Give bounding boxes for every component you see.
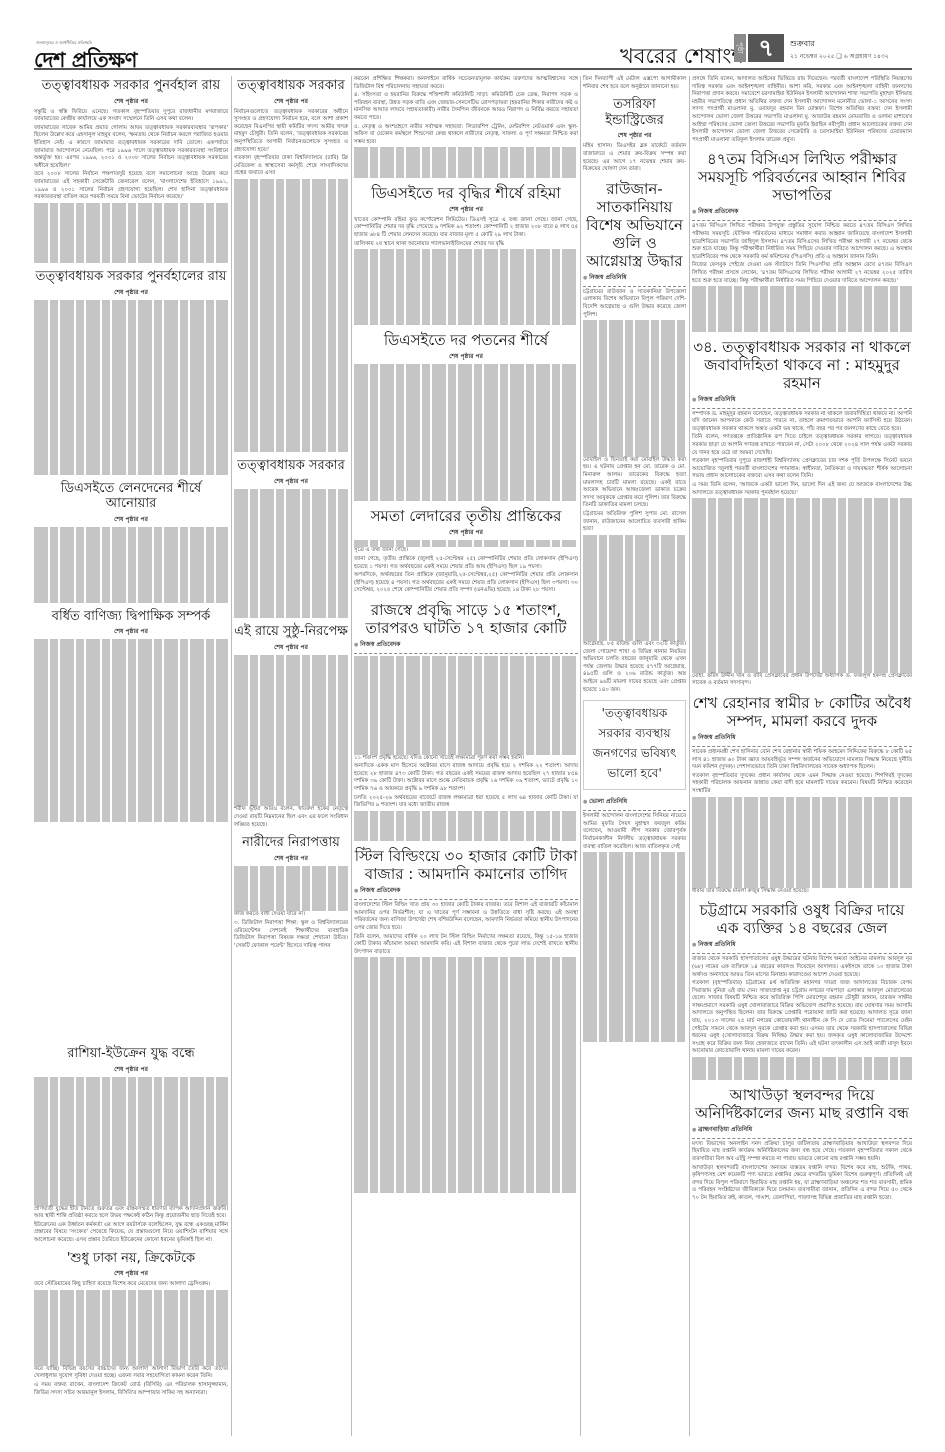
article-mahmudur-rahman[interactable]: ৩৪. তত্ত্বাবধায়ক সরকার না থাকলে জবাবদিহ… — [692, 338, 912, 688]
article-body: বাজার থেকে সরকারি হাসপাতালের ওষুধ উদ্ধার… — [692, 956, 912, 1080]
continued-label: শেষ পৃষ্ঠার পর — [34, 514, 228, 525]
headline: তত্ত্বাবধায়ক সরকার পুনর্বহালের রায় — [34, 269, 228, 285]
article-body: ইসলামী আন্দোলন বাংলাদেশের সিনিয়র নায়েব… — [583, 813, 686, 1042]
column-1-bottom: রাশিয়া-ইউক্রেন যুদ্ধ বন্ধে শেষ পৃষ্ঠার … — [34, 1044, 228, 1403]
continued-label: শেষ পৃষ্ঠার পর — [34, 626, 228, 637]
article-fair-verdict[interactable]: এই রায়ে সুষ্ঠু-নিরপেক্ষ শেষ পৃষ্ঠার পর … — [234, 624, 348, 829]
column-1: তত্ত্বাবধায়ক সরকার পুনর্বহাল রায় শেষ প… — [34, 76, 228, 828]
article-body — [354, 364, 578, 501]
article-caretaker-2[interactable]: তত্ত্বাবধায়ক সরকার শেষ পৃষ্ঠার পর — [234, 458, 348, 618]
article-body: ৪৭তম বিসিএস লিখিত পরীক্ষার উপযুক্ত প্রস্… — [692, 223, 912, 331]
article-samata-leather[interactable]: সমতা লেদারের তৃতীয় প্রান্তিকের শেষ পৃষ্… — [354, 507, 578, 595]
masthead: জনমানুষের ও আর্থনীতির প্রতিচ্ছবি দেশ প্র… — [0, 0, 945, 72]
article-caretaker-future[interactable]: 'তত্ত্বাবধায়ক সরকার ব্যবস্থায় জনগণের ভ… — [583, 700, 686, 1042]
byline: নিজস্ব প্রতিবেদক — [692, 206, 912, 221]
continued-label: শেষ পৃষ্ঠার পর — [234, 642, 348, 653]
column-divider — [580, 76, 581, 1436]
headline: রাশিয়া-ইউক্রেন যুদ্ধ বন্ধে — [34, 1046, 228, 1062]
article-caretaker-bnp[interactable]: তত্ত্বাবধায়ক সরকার শেষ পৃষ্ঠার পর নির্ব… — [234, 78, 348, 452]
article-tasrifa[interactable]: তসরিফা ইন্ডাস্ট্রিজের শেষ পৃষ্ঠার পর মহি… — [583, 97, 686, 174]
continued-label: শেষ পৃষ্ঠার পর — [354, 527, 578, 538]
headline: রাউজান-সাতকানিয়ায় বিশেষ অভিযানে গুলি ও… — [583, 180, 686, 270]
byline: ভোলা প্রতিনিধি — [583, 796, 686, 811]
article-body: শরীফ ভূঁইয়া আরও বলেন, খায়রুল হকের নেতৃ… — [234, 655, 348, 830]
headline: তসরিফা ইন্ডাস্ট্রিজের — [583, 97, 686, 128]
article-women-safety-cont[interactable]: করবেন প্রশিক্ষিত শিক্ষকরা। অনলাইনে বার্ষ… — [354, 76, 578, 178]
article-body: প্রসঙ্গে তিনি বলেন, আদালত আইনের ভিত্তিতে… — [692, 76, 912, 144]
article-russia-ukraine[interactable]: রাশিয়া-ইউক্রেন যুদ্ধ বন্ধে শেষ পৃষ্ঠার … — [34, 1046, 228, 1245]
article-body: নির্বাচনগুলোতে তত্ত্বাবধায়ক সরকারের অধী… — [234, 109, 348, 453]
headline: তত্ত্বাবধায়ক সরকার — [234, 458, 348, 474]
byline: নিজস্ব প্রতিনিধি — [583, 272, 686, 287]
masthead-rule — [34, 68, 912, 70]
headline: তত্ত্বাবধায়ক সরকার — [234, 78, 348, 94]
byline: নিজস্ব প্রতিনিধি — [692, 939, 912, 954]
byline: নিজস্ব প্রতিবেদক — [354, 639, 578, 654]
headline: সমতা লেদারের তৃতীয় প্রান্তিকের — [354, 507, 578, 525]
continued-label: শেষ পৃষ্ঠার পর — [354, 351, 578, 362]
continued-label: শেষ পৃষ্ঠার পর — [234, 476, 348, 487]
article-metal-expo[interactable]: তিন দিনব্যাপী এই মেটাল এক্সপো আগামীকাল শ… — [583, 76, 686, 91]
byline: নিজস্ব প্রতিনিধি — [692, 394, 912, 409]
page-label: পৃষ্ঠা — [734, 34, 746, 62]
headline: বর্ধিত বাণিজ্য দ্বিপাক্ষিক সম্পর্ক — [34, 609, 228, 625]
column-divider — [689, 76, 690, 1436]
article-body: খাতের কোম্পানি রহিমা ফুড কর্পোরেশন লিমিট… — [354, 217, 578, 325]
column-5: প্রসঙ্গে তিনি বলেন, আদালত আইনের ভিত্তিতে… — [692, 76, 912, 1209]
article-body — [34, 527, 228, 603]
article-caretaker-verdict[interactable]: তত্ত্বাবধায়ক সরকার পুনর্বহাল রায় শেষ প… — [34, 78, 228, 263]
article-dse-transaction-anwar[interactable]: ডিএসইতে লেনদেনের শীর্ষে আনোয়ার শেষ পৃষ্… — [34, 481, 228, 603]
article-ctg-medicine-jail[interactable]: চট্টগ্রামে সরকারি ওষুধ বিক্রির দায়ে এক … — [692, 901, 912, 1080]
headline: চট্টগ্রামে সরকারি ওষুধ বিক্রির দায়ে এক … — [692, 901, 912, 937]
article-bilateral-trade[interactable]: বর্ধিত বাণিজ্য দ্বিপাক্ষিক সম্পর্ক শেষ প… — [34, 609, 228, 822]
column-divider — [351, 76, 352, 1436]
headline: স্টিল বিল্ডিংয়ে ৩০ হাজার কোটি টাকা বাজা… — [354, 847, 578, 883]
continued-label: শেষ পৃষ্ঠার পর — [34, 1268, 228, 1279]
article-cricket[interactable]: 'শুধু ঢাকা নয়, ক্রিকেটকে শেষ পৃষ্ঠার পর… — [34, 1251, 228, 1398]
byline: নিজস্ব প্রতিনিধি — [692, 732, 912, 747]
article-islami-andolon-bhola[interactable]: প্রসঙ্গে তিনি বলেন, আদালত আইনের ভিত্তিতে… — [692, 76, 912, 144]
article-bcs-exam[interactable]: ৪৭তম বিসিএস লিখিত পরীক্ষার সময়সূচি পরিব… — [692, 150, 912, 331]
article-akhaura-fish-export[interactable]: আখাউড়া স্থলবন্দর দিয়ে অনির্দিষ্টকালের … — [692, 1086, 912, 1203]
headline: ডিএসইতে লেনদেনের শীর্ষে আনোয়ার — [34, 481, 228, 512]
column-3: করবেন প্রশিক্ষিত শিক্ষকরা। অনলাইনে বার্ষ… — [354, 76, 578, 1199]
article-steel-building[interactable]: স্টিল বিল্ডিংয়ে ৩০ হাজার কোটি টাকা বাজা… — [354, 847, 578, 1193]
headline: রাজস্বে প্রবৃদ্ধি সাড়ে ১৫ শতাংশ, তারপরও… — [354, 601, 578, 637]
article-revenue-growth[interactable]: রাজস্বে প্রবৃদ্ধি সাড়ে ১৫ শতাংশ, তারপরও… — [354, 601, 578, 841]
article-body: প্রাণঘাতী যুদ্ধের ইতি টানতে গুরুতর এবং ব… — [34, 1077, 228, 1245]
column-4: তিন দিনব্যাপী এই মেটাল এক্সপো আগামীকাল শ… — [583, 76, 686, 1048]
headline: ডিএসইতে দর বৃদ্ধির শীর্ষে রহিমা — [354, 184, 578, 202]
byline: ব্রাহ্মণবাড়িয়া প্রতিনিধি — [692, 1124, 912, 1139]
continued-label: শেষ পৃষ্ঠার পর — [34, 287, 228, 298]
headline: ৪৭তম বিসিএস লিখিত পরীক্ষার সময়সূচি পরিব… — [692, 150, 912, 204]
article-body: সাবেক প্রধানমন্ত্রী শেখ হাসিনার বোন শেখ … — [692, 749, 912, 895]
article-body: সূত্রে এ তথ্য জানা গেছে। জানা গেছে, তৃতী… — [354, 540, 578, 595]
article-body — [34, 639, 228, 821]
article-body — [34, 300, 228, 475]
article-raozan-raid[interactable]: রাউজান-সাতকানিয়ায় বিশেষ অভিযানে গুলি ও… — [583, 180, 686, 694]
article-body: চট্টগ্রামের রাউজান ও সাতকানিয়া উপজেলা এ… — [583, 289, 686, 694]
continued-label: শেষ পৃষ্ঠার পর — [234, 853, 348, 864]
byline: নিজস্ব প্রতিবেদক — [354, 885, 578, 900]
date-day: শুক্রবার — [790, 38, 815, 51]
article-body: তিন দিনব্যাপী এই মেটাল এক্সপো আগামীকাল শ… — [583, 76, 686, 91]
headline: তত্ত্বাবধায়ক সরকার পুনর্বহাল রায় — [34, 78, 228, 94]
article-women-safety[interactable]: নারীদের নিরাপত্তায় শেষ পৃষ্ঠার পর কাজ ক… — [234, 835, 348, 950]
date-full: ২১ নভেম্বর ২০২৫ ❑ ৬ অগ্রহায়ণ ১৪৩২ — [790, 51, 889, 62]
article-body: করবেন প্রশিক্ষিত শিক্ষকরা। অনলাইনে বার্ষ… — [354, 76, 578, 178]
article-caretaker-restore[interactable]: তত্ত্বাবধায়ক সরকার পুনর্বহালের রায় শেষ… — [34, 269, 228, 474]
headline: ডিএসইতে দর পতনের শীর্ষে — [354, 331, 578, 349]
article-body: কাজ করতে বাধা দেওয়া যাবে না। ৩. ডিজিটাল… — [234, 866, 348, 951]
continued-label: শেষ পৃষ্ঠার পর — [34, 1064, 228, 1075]
page-number: ৭ — [748, 34, 784, 62]
article-body: মৎস্য বিভাগের অনলাইন সনদ প্রক্রিয়া চালু… — [692, 1141, 912, 1203]
column-divider — [231, 76, 232, 1436]
headline: আখাউড়া স্থলবন্দর দিয়ে অনির্দিষ্টকালের … — [692, 1086, 912, 1122]
headline: ৩৪. তত্ত্বাবধায়ক সরকার না থাকলে জবাবদিহ… — [692, 338, 912, 392]
headline: এই রায়ে সুষ্ঠু-নিরপেক্ষ — [234, 624, 348, 640]
headline: নারীদের নিরাপত্তায় — [234, 835, 348, 851]
headline: 'শুধু ঢাকা নয়, ক্রিকেটকে — [34, 1251, 228, 1267]
newspaper-logo[interactable]: দেশ প্রতিক্ষণ — [34, 44, 137, 79]
headline: 'তত্ত্বাবধায়ক সরকার ব্যবস্থায় জনগণের ভ… — [583, 700, 686, 790]
continued-label: শেষ পৃষ্ঠার পর — [234, 96, 348, 107]
headline: শেখ রেহানার স্বামীর ৮ কোটির অবৈধ সম্পদ, … — [692, 694, 912, 730]
article-body — [234, 489, 348, 618]
article-body: ১১ শতাংশ প্রবৃদ্ধি হয়েছে। যদিও কোনো খাত… — [354, 656, 578, 841]
article-body: বাংলাদেশের স্টিল বিল্ডিং খাত প্রায় ৩০ হ… — [354, 902, 578, 1193]
article-dse-rahima[interactable]: ডিএসইতে দর বৃদ্ধির শীর্ষে রহিমা শেষ পৃষ্… — [354, 184, 578, 325]
article-sheikh-rehana[interactable]: শেখ রেহানার স্বামীর ৮ কোটির অবৈধ সম্পদ, … — [692, 694, 912, 895]
continued-label: শেষ পৃষ্ঠার পর — [354, 204, 578, 215]
column-2: তত্ত্বাবধায়ক সরকার শেষ পৃষ্ঠার পর নির্ব… — [234, 76, 348, 956]
article-body: মহিম হাসান। ডিএসইর ব্লক মার্কেটে বর্তমান… — [583, 143, 686, 173]
continued-label: শেষ পৃষ্ঠার পর — [34, 96, 228, 107]
article-dse-decline[interactable]: ডিএসইতে দর পতনের শীর্ষে শেষ পৃষ্ঠার পর — [354, 331, 578, 501]
article-body: সম্পাদক ড. মাহমুদুর রহমান বলেছেন, তত্ত্ব… — [692, 411, 912, 688]
article-body: সন্তুষ্টি ও স্বস্তি ফিরিয়ে এনেছে। গতকাল… — [34, 109, 228, 264]
continued-label: শেষ পৃষ্ঠার পর — [583, 130, 686, 141]
article-body: তবে স্টেডিয়ামের কিছু চাহিদা রয়েছে বিশে… — [34, 1281, 228, 1397]
